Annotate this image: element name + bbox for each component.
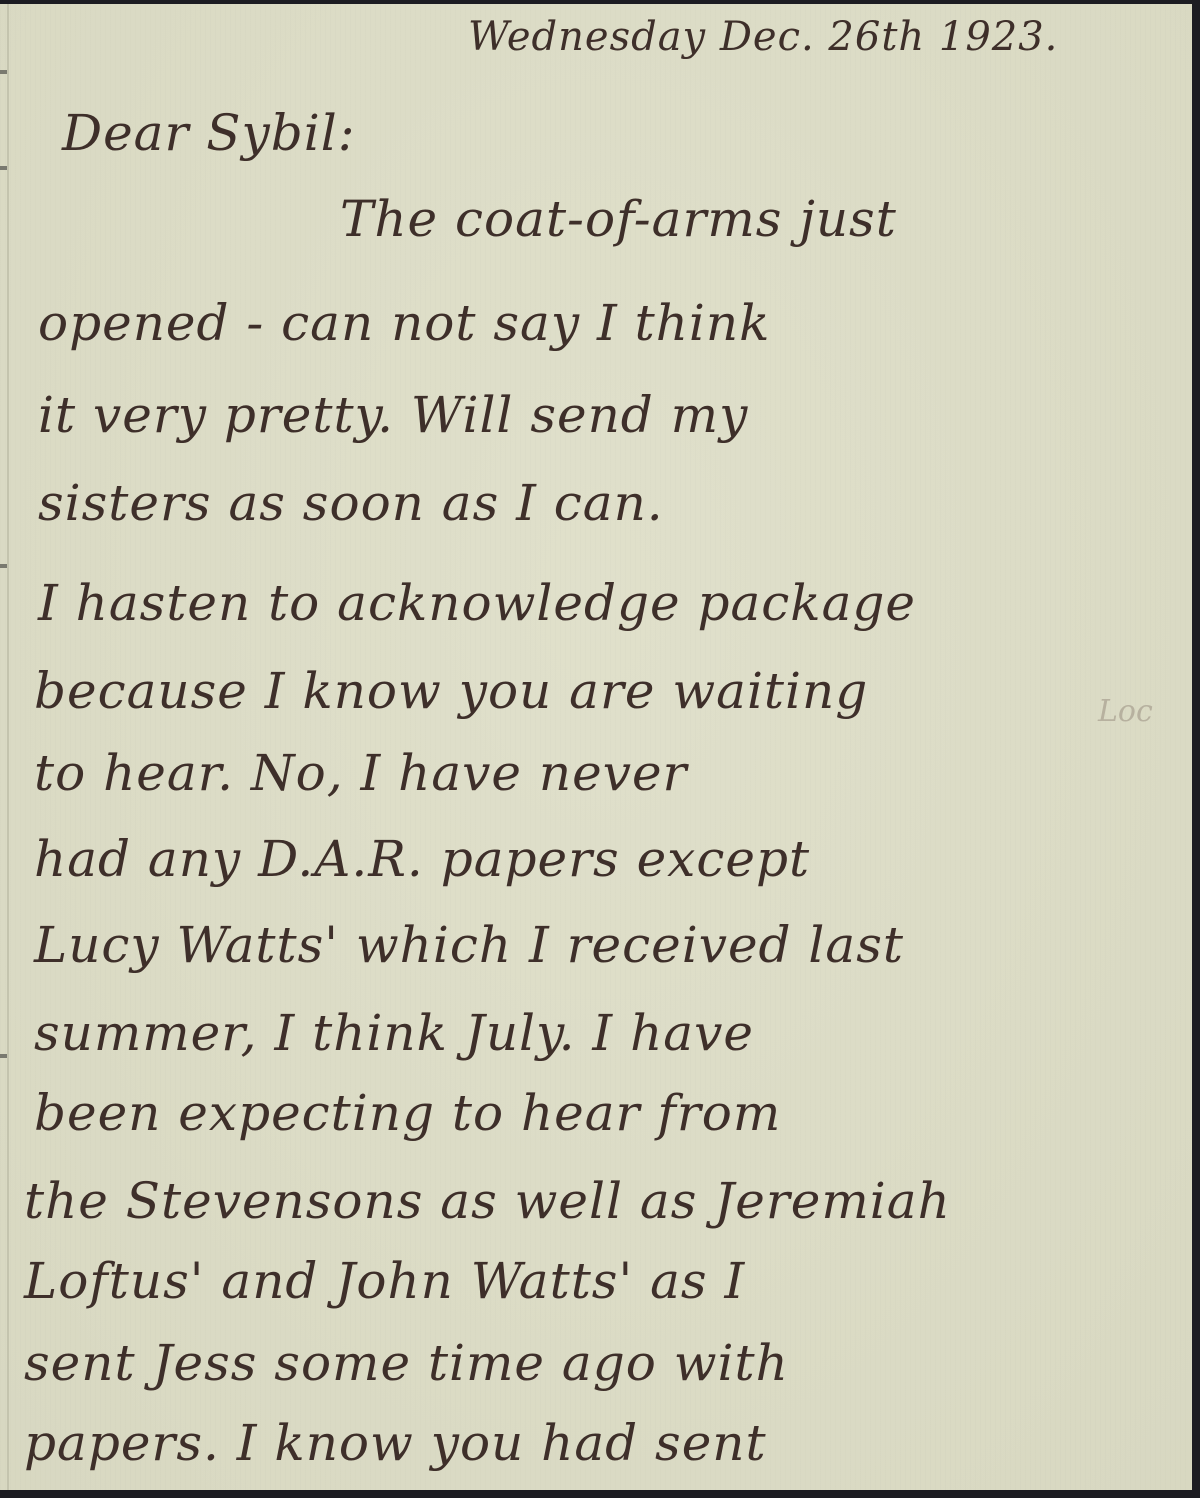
margin-pencil-note: Loc	[1098, 694, 1153, 729]
letter-line: Loftus' and John Watts' as I	[24, 1252, 745, 1310]
margin-mark	[0, 166, 7, 170]
letter-line: to hear. No, I have never	[34, 744, 687, 802]
letter-line: opened - can not say I think	[38, 294, 770, 352]
letter-date: Wednesday Dec. 26th 1923.	[468, 14, 1058, 60]
letter-page: Wednesday Dec. 26th 1923. Dear Sybil: Th…	[0, 4, 1192, 1490]
letter-line: had any D.A.R. papers except	[34, 830, 810, 888]
letter-line: The coat-of-arms just	[340, 190, 897, 248]
margin-rule	[7, 4, 9, 1490]
letter-line: Lucy Watts' which I received last	[34, 916, 904, 974]
letter-line: sent Jess some time ago with	[24, 1334, 789, 1392]
letter-line: the Stevensons as well as Jeremiah	[24, 1172, 951, 1230]
letter-line: I hasten to acknowledge package	[38, 574, 916, 632]
margin-mark	[0, 70, 7, 74]
letter-line: papers. I know you had sent	[24, 1414, 767, 1472]
letter-line: summer, I think July. I have	[34, 1004, 754, 1062]
letter-line: it very pretty. Will send my	[38, 386, 748, 444]
margin-mark	[0, 564, 7, 568]
letter-line: because I know you are waiting	[34, 662, 868, 720]
margin-mark	[0, 1054, 7, 1058]
letter-line: been expecting to hear from	[34, 1084, 781, 1142]
letter-line: sisters as soon as I can.	[38, 474, 664, 532]
letter-salutation: Dear Sybil:	[62, 104, 356, 162]
